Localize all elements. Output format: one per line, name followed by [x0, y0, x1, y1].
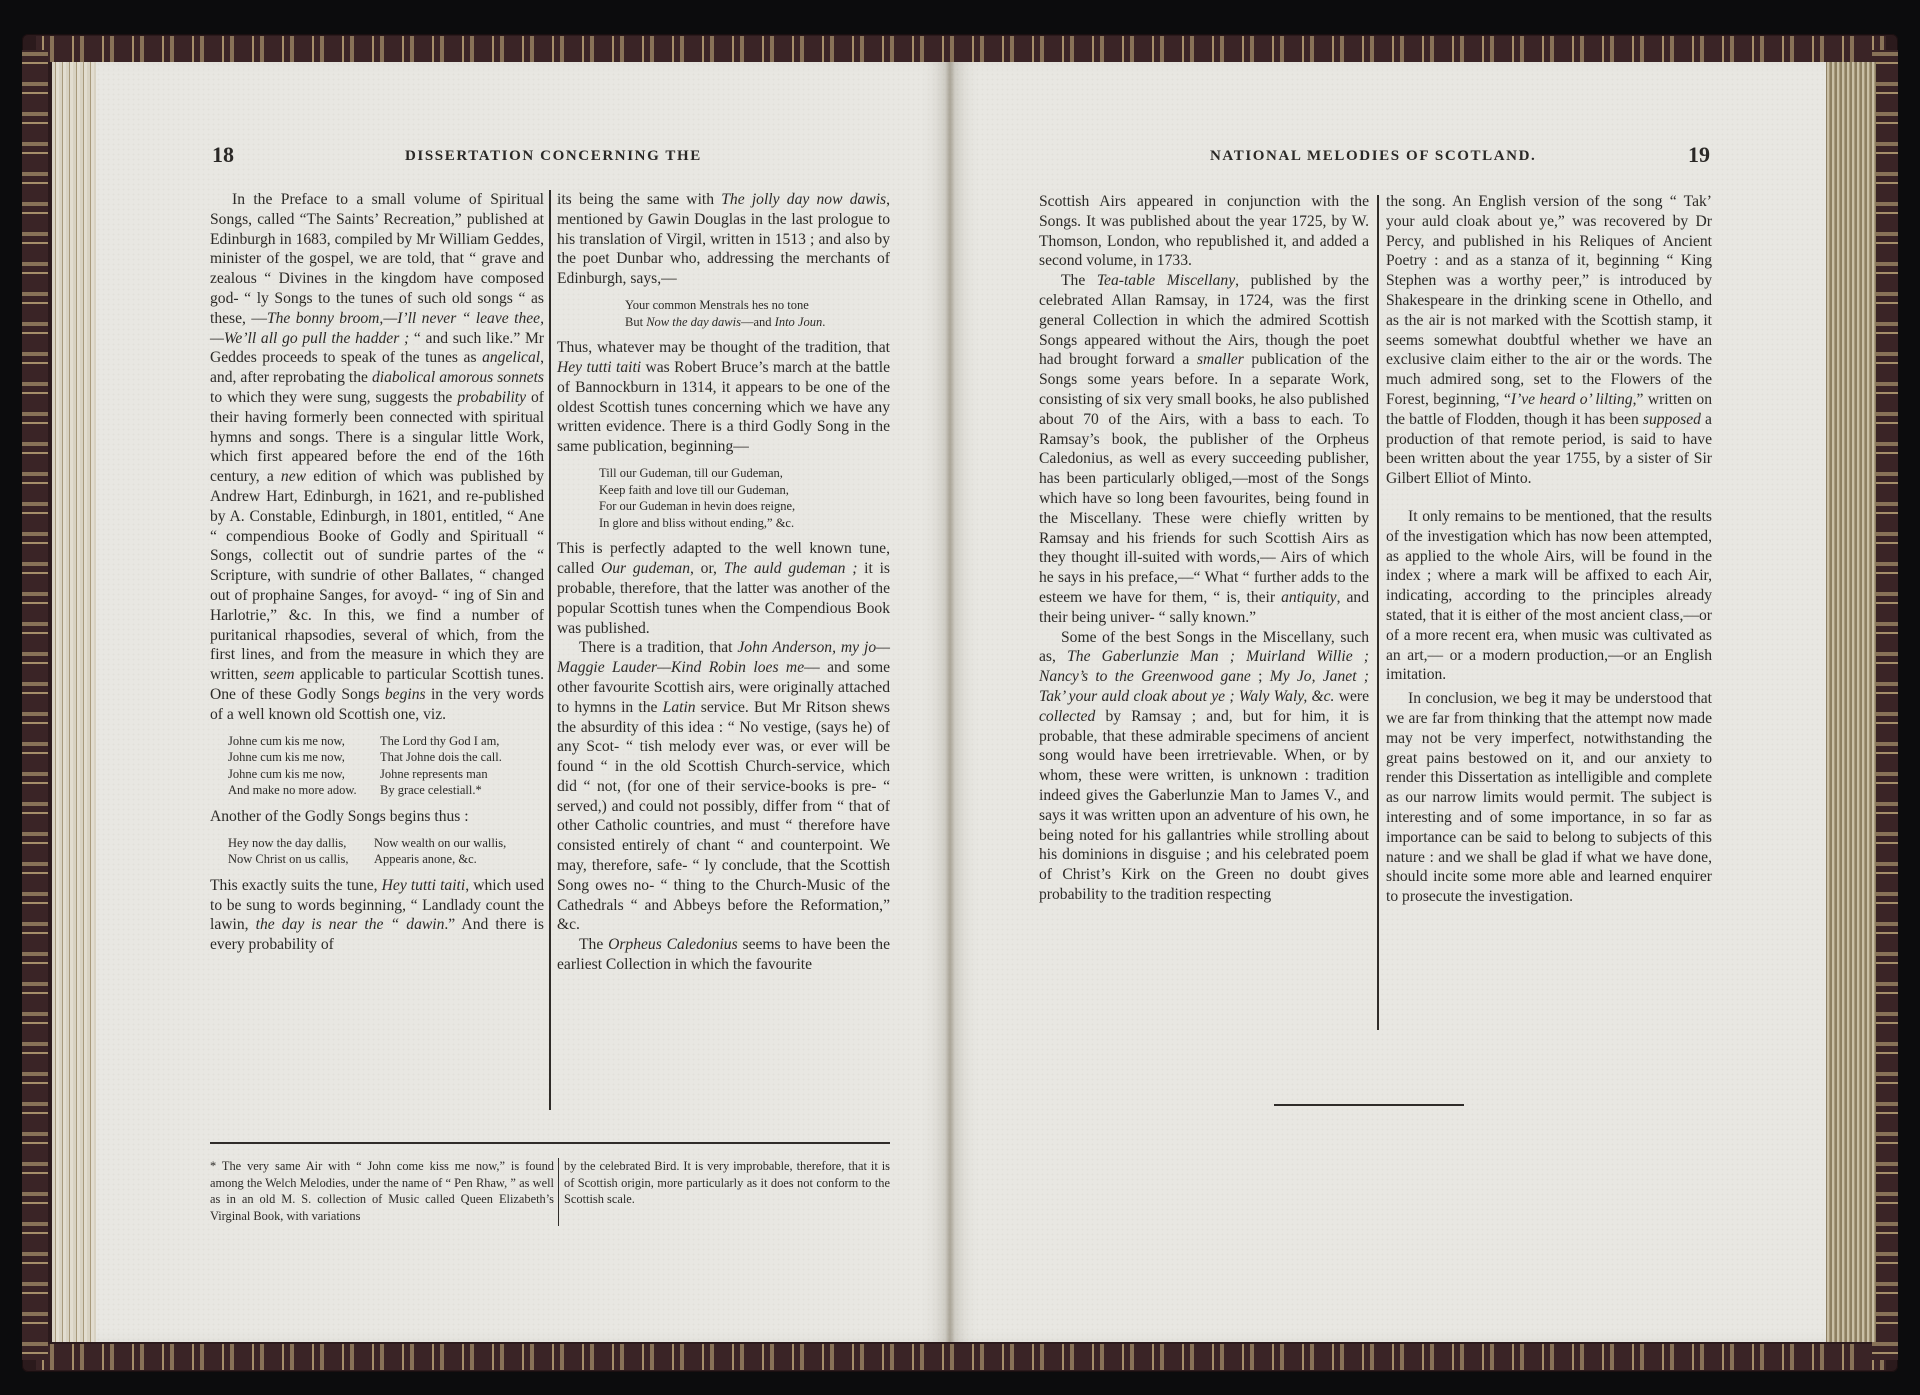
paragraph: Some of the best Songs in the Miscellany… — [1039, 628, 1369, 905]
paragraph: In the Preface to a small volume of Spir… — [210, 190, 544, 725]
paragraph: The Orpheus Caledonius seems to have bee… — [557, 935, 890, 975]
gilt-border-top — [36, 36, 1886, 62]
page-number-right: 19 — [1688, 142, 1710, 168]
paragraph: the song. An English version of the song… — [1386, 192, 1712, 489]
paragraph: This exactly suits the tune, Hey tutti t… — [210, 876, 544, 955]
page-edges-left — [52, 62, 100, 1342]
running-head-left: DISSERTATION CONCERNING THE — [405, 148, 702, 165]
left-page-column-2: its being the same with The jolly day no… — [557, 190, 890, 975]
end-rule — [1274, 1104, 1464, 1106]
running-head-right: NATIONAL MELODIES OF SCOTLAND. — [1210, 148, 1536, 165]
paragraph: Scottish Airs appeared in conjunction wi… — [1039, 192, 1369, 271]
footnote-left: * The very same Air with “ John come kis… — [210, 1158, 554, 1224]
column-rule-left-page — [549, 190, 551, 1110]
paragraph: It only remains to be mentioned, that th… — [1386, 507, 1712, 685]
verse-block: Your common Menstrals hes no tone But No… — [557, 297, 890, 330]
column-rule-right-page — [1377, 195, 1379, 1030]
left-page-column-1: In the Preface to a small volume of Spir… — [210, 190, 544, 955]
paragraph: The Tea-table Miscellany, published by t… — [1039, 271, 1369, 627]
paragraph: Thus, whatever may be thought of the tra… — [557, 338, 890, 457]
paragraph: In conclusion, we beg it may be understo… — [1386, 689, 1712, 907]
page-edges-right — [1820, 62, 1876, 1342]
book-gutter — [945, 62, 955, 1342]
right-page-column-2: the song. An English version of the song… — [1386, 192, 1712, 907]
gilt-border-bottom — [36, 1344, 1886, 1370]
footnote-separator — [210, 1142, 890, 1144]
footnote-right: by the celebrated Bird. It is very impro… — [564, 1158, 890, 1208]
paragraph: There is a tradition, that John Anderson… — [557, 638, 890, 935]
gilt-border-left — [22, 50, 48, 1360]
footnote-column-rule — [558, 1158, 559, 1226]
paragraph: its being the same with The jolly day no… — [557, 190, 890, 289]
verse-block: Johne cum kis me now,The Lord thy God I … — [210, 733, 544, 799]
verse-block: Hey now the day dallis,Now wealth on our… — [210, 835, 544, 868]
page-number-left: 18 — [212, 142, 234, 168]
verse-block: Till our Gudeman, till our Gudeman, Keep… — [557, 465, 890, 531]
right-page-column-1: Scottish Airs appeared in conjunction wi… — [1039, 192, 1369, 905]
paragraph: Another of the Godly Songs begins thus : — [210, 807, 544, 827]
paragraph: This is perfectly adapted to the well kn… — [557, 539, 890, 638]
